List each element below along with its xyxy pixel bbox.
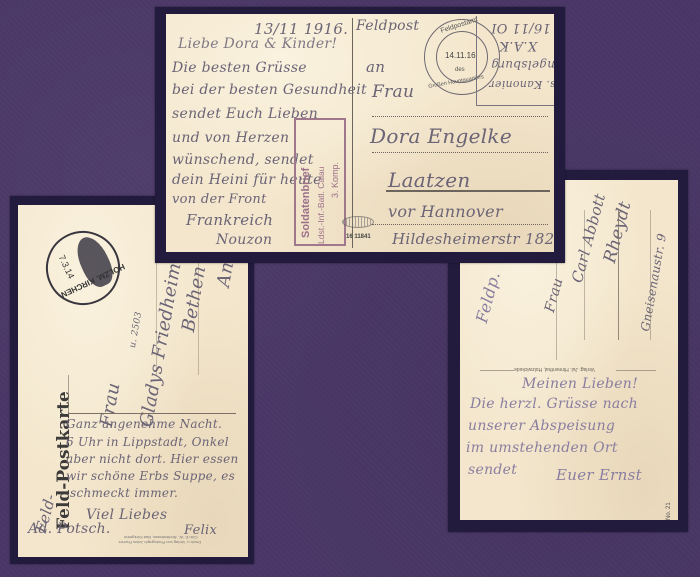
right-address-line1: Frau	[542, 276, 567, 314]
left-postmark: 7.3.14 HOLZM. KIRCHEN	[34, 219, 132, 317]
top-message-line10: Nouzon	[216, 232, 272, 248]
right-address-line2: Carl Abbott	[568, 192, 609, 285]
top-message-line6: wünschend, sendet	[172, 152, 314, 168]
right-message-line2: Die herzl. Grüsse nach	[470, 396, 638, 412]
left-margin-note-2: Ad. Potsch.	[28, 521, 111, 537]
unit-box-stamp: 16/11 OI X.A.K Angelsburg Abs. Kanonier	[476, 16, 554, 106]
address-region: vor Hannover	[388, 202, 503, 221]
censor-stamp-line3: 3. Komp.	[330, 162, 340, 198]
left-message-line5: schmeckt immer.	[70, 486, 178, 500]
unit-box-line3: Angelsburg	[491, 58, 554, 72]
left-message-line3: aber nicht dort. Hier essen	[66, 452, 239, 466]
top-message-line3: bei der besten Gesundheit	[172, 82, 367, 98]
printer-mark: 16 11841	[346, 234, 371, 240]
left-address-line2: Gladys Friedheim	[136, 261, 186, 429]
right-message-line1: Meinen Lieben!	[522, 376, 638, 392]
right-printer-text: Verlag: Jul. Hinnenthal, Holzwickede	[514, 366, 595, 372]
top-message-line5: und von Herzen	[172, 130, 289, 146]
address-header: Feldpost	[356, 18, 419, 34]
left-message-line1: Ganz angenehme Nacht.	[66, 417, 222, 431]
censor-stamp-line2: Ldst.-Inf.-Batl. Calau	[316, 167, 326, 244]
left-printer-text-1: Druck u. Verlag von Photograph Julius Fi…	[118, 540, 201, 545]
left-message-line2: 6 Uhr in Lippstadt, Onkel	[66, 435, 229, 449]
right-address-line4: Gneisenaustr. 9	[638, 232, 669, 332]
address-street: Hildesheimerstr 182	[392, 230, 554, 248]
unit-box-line2: X.A.K	[499, 38, 537, 53]
right-message-line3: unserer Abspeisung	[468, 418, 615, 434]
unit-box-line1: 16/11 OI	[491, 20, 551, 35]
right-sender-note: Feldp.	[472, 270, 504, 325]
censor-stamp: Soldatenbrief Ldst.-Inf.-Batl. Calau 3. …	[294, 118, 346, 246]
right-message-line5: sendet	[468, 462, 517, 478]
left-address-note: u. 2503	[128, 311, 144, 349]
address-title: Frau	[372, 82, 414, 102]
top-message-line9: Frankreich	[186, 211, 273, 229]
address-salutation: an	[366, 58, 385, 76]
unit-box-side: Abs. Kanonier	[489, 78, 554, 91]
address-city: Laatzen	[388, 168, 471, 192]
top-message-line2: Die besten Grüsse	[172, 60, 307, 76]
right-message-signature: Euer Ernst	[556, 466, 642, 484]
postmark-date: 14.11.16	[445, 51, 476, 60]
postmark-middle-text: des	[455, 67, 465, 73]
left-message-line4: wir schöne Erbs Suppe, es	[66, 469, 235, 483]
top-message-line8: von der Front	[172, 192, 267, 207]
left-printer-text-2: Cöln E. W., Breitestrasse, Bad Königstei…	[124, 535, 198, 540]
address-name: Dora Engelke	[370, 124, 512, 148]
top-message-line1: Liebe Dora & Kinder!	[178, 36, 337, 52]
right-corner-code: No. 21	[666, 502, 672, 520]
printer-logo	[342, 216, 374, 228]
top-postcard: 13/11 1916. Liebe Dora & Kinder! Die bes…	[166, 14, 554, 252]
censor-stamp-line1: Soldatenbrief	[300, 168, 312, 238]
right-message-line4: im umstehenden Ort	[466, 440, 618, 456]
